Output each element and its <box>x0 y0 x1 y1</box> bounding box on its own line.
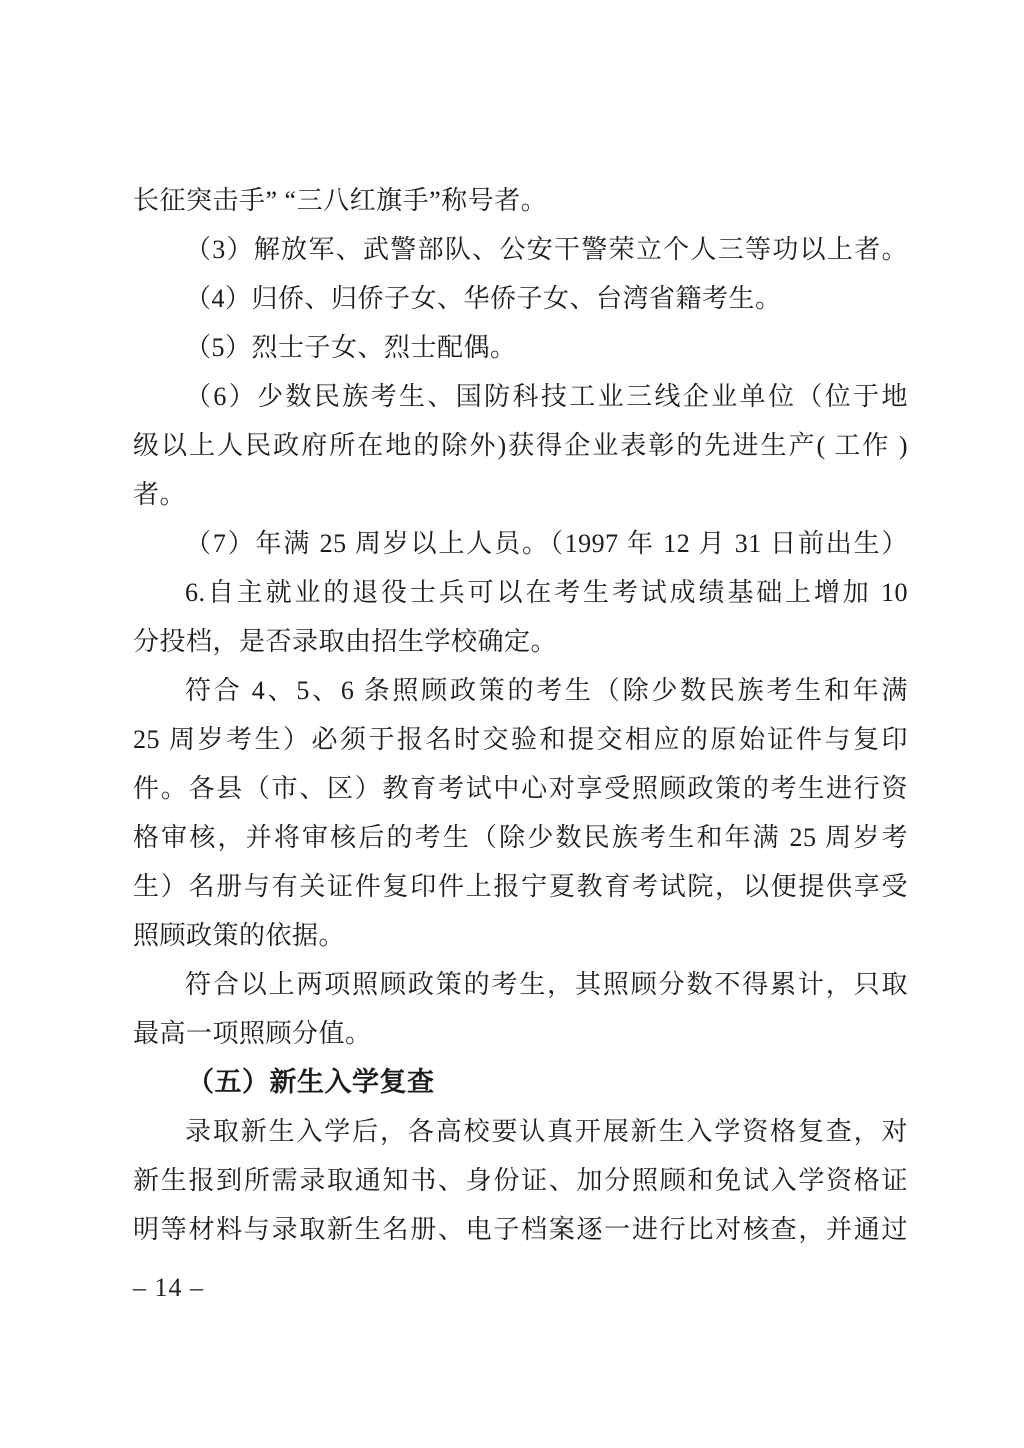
body-line: 长征突击手” “三八红旗手”称号者。 <box>133 176 908 225</box>
page-number: – 14 – <box>133 1272 204 1304</box>
body-line: 符合 4、5、6 条照顾政策的考生（除少数民族考生和年满 <box>133 666 908 715</box>
body-line: 件。各县（市、区）教育考试中心对享受照顾政策的考生进行资 <box>133 764 908 813</box>
body-line: 符合以上两项照顾政策的考生，其照顾分数不得累计，只取 <box>133 960 908 1009</box>
body-line: （5）烈士子女、烈士配偶。 <box>133 323 908 372</box>
body-line: 分投档，是否录取由招生学校确定。 <box>133 617 908 666</box>
body-line: 新生报到所需录取通知书、身份证、加分照顾和免试入学资格证 <box>133 1156 908 1205</box>
body-line: 格审核，并将审核后的考生（除少数民族考生和年满 25 周岁考 <box>133 813 908 862</box>
document-body: 长征突击手” “三八红旗手”称号者。 （3）解放军、武警部队、公安干警荣立个人三… <box>133 176 908 1254</box>
body-line: （7）年满 25 周岁以上人员。（1997 年 12 月 31 日前出生） <box>133 519 908 568</box>
body-line: 25 周岁考生）必须于报名时交验和提交相应的原始证件与复印 <box>133 715 908 764</box>
body-line: （4）归侨、归侨子女、华侨子女、台湾省籍考生。 <box>133 274 908 323</box>
body-line: （6）少数民族考生、国防科技工业三线企业单位（位于地 <box>133 372 908 421</box>
body-line: 录取新生入学后，各高校要认真开展新生入学资格复查，对 <box>133 1107 908 1156</box>
body-line: 6.自主就业的退役士兵可以在考生考试成绩基础上增加 10 <box>133 568 908 617</box>
body-line: 级以上人民政府所在地的除外)获得企业表彰的先进生产( 工作 ) <box>133 421 908 470</box>
section-heading: （五）新生入学复查 <box>133 1058 908 1107</box>
document-page: 长征突击手” “三八红旗手”称号者。 （3）解放军、武警部队、公安干警荣立个人三… <box>0 0 1024 1448</box>
body-line: 明等材料与录取新生名册、电子档案逐一进行比对核查，并通过 <box>133 1205 908 1254</box>
body-line: 照顾政策的依据。 <box>133 911 908 960</box>
body-line: 生）名册与有关证件复印件上报宁夏教育考试院，以便提供享受 <box>133 862 908 911</box>
body-line: （3）解放军、武警部队、公安干警荣立个人三等功以上者。 <box>133 225 908 274</box>
body-line: 最高一项照顾分值。 <box>133 1009 908 1058</box>
body-line: 者。 <box>133 470 908 519</box>
